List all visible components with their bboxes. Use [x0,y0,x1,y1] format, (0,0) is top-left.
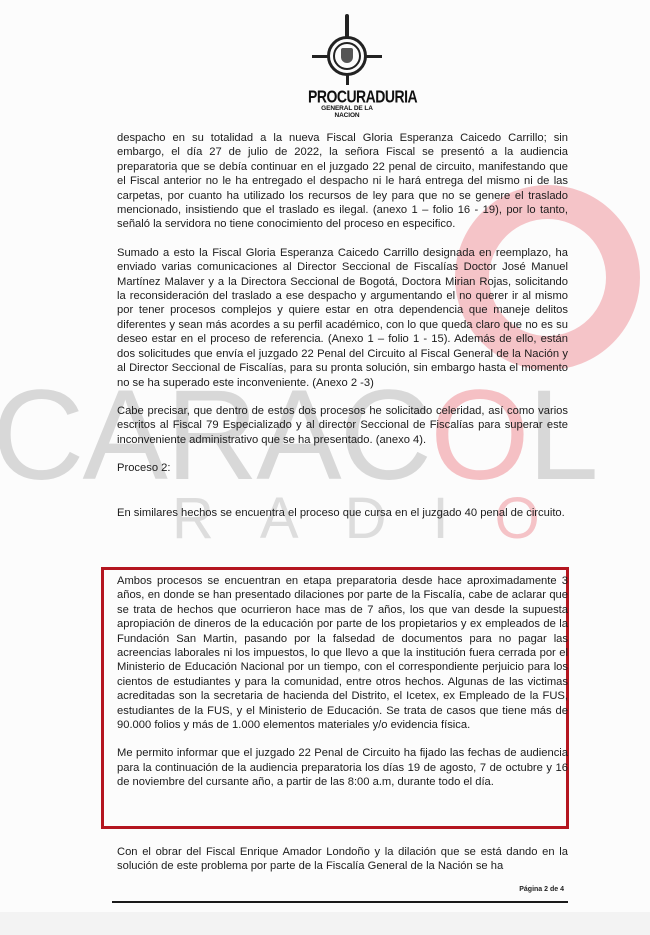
org-subtitle: GENERAL DE LA NACION [308,105,386,119]
paragraph: En similares hechos se encuentra el proc… [117,506,568,520]
footer-divider [112,901,568,903]
paragraph: Me permito informar que el juzgado 22 Pe… [117,746,568,789]
section-heading: Proceso 2: [117,461,568,475]
highlighted-text: Ambos procesos se encuentran en etapa pr… [117,574,568,790]
document-body: despacho en su totalidad a la nueva Fisc… [117,131,568,520]
paragraph: Con el obrar del Fiscal Enrique Amador L… [117,845,568,874]
page-bottom-edge [0,912,650,935]
org-name: PROCURADURIA [308,86,386,106]
document-page: CARACOL RADIO PROCURADURIA GENERAL DE LA… [0,0,650,935]
page-number: Página 2 de 4 [519,886,564,893]
paragraph: Sumado a esto la Fiscal Gloria Esperanza… [117,246,568,390]
closing-text: Con el obrar del Fiscal Enrique Amador L… [117,845,568,874]
paragraph: Ambos procesos se encuentran en etapa pr… [117,574,568,732]
paragraph: Cabe precisar, que dentro de estos dos p… [117,404,568,447]
paragraph: despacho en su totalidad a la nueva Fisc… [117,131,568,232]
procuraduria-emblem-icon [312,14,382,86]
header-logo: PROCURADURIA GENERAL DE LA NACION [308,14,386,119]
